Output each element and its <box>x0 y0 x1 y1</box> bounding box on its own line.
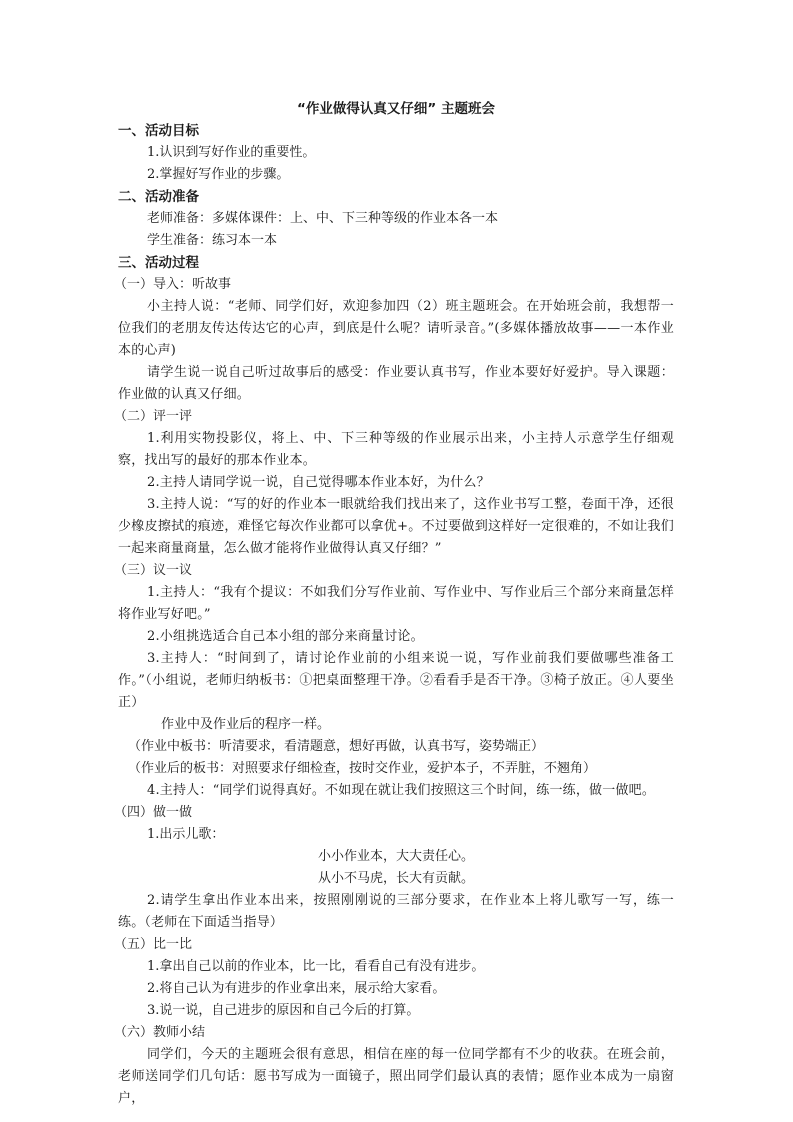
subsection-heading: （六）教师小结 <box>114 1022 674 1044</box>
list-item: 4.主持人：“同学们说得真好。不如现在就让我们按照这三个时间，练一练，做一做吧。 <box>118 780 674 802</box>
section-heading-process: 三、活动过程 <box>118 252 674 274</box>
list-item: 2.主持人请同学说一说，自己觉得哪本作业本好，为什么？ <box>118 472 674 494</box>
list-item: 3.主持人：“时间到了，请讨论作业前的小组来说一说，写作业前我们要做哪些准备工作… <box>118 648 674 714</box>
list-item: 2.将自己认为有进步的作业拿出来，展示给大家看。 <box>118 978 674 1000</box>
list-item: 2.请学生拿出作业本出来，按照刚刚说的三部分要求，在作业本上将儿歌写一写，练一练… <box>118 890 674 934</box>
student-preparation: 学生准备：练习本一本 <box>118 230 674 252</box>
list-item: 1.主持人：“我有个提议：不如我们分写作业前、写作业中、写作业后三个部分来商量怎… <box>118 582 674 626</box>
teacher-preparation: 老师准备：多媒体课件：上、中、下三种等级的作业本各一本 <box>118 208 674 230</box>
poem-line: 从小不马虎，长大有贡献。 <box>118 868 674 890</box>
list-item: 1.利用实物投影仪，将上、中、下三种等级的作业展示出来，小主持人示意学生仔细观察… <box>118 428 674 472</box>
page-title: “作业做得认真又仔细” 主题班会 <box>118 98 674 120</box>
section-heading-preparation: 二、活动准备 <box>118 186 674 208</box>
list-item: 2.小组挑选适合自己本小组的部分来商量讨论。 <box>118 626 674 648</box>
subsection-heading: （二）评一评 <box>114 406 674 428</box>
subsection-heading: （四）做一做 <box>114 802 674 824</box>
section-heading-goals: 一、活动目标 <box>118 120 674 142</box>
subsection-heading: （五）比一比 <box>114 934 674 956</box>
list-item: 1.出示儿歌： <box>118 824 674 846</box>
board-note: （作业中板书：听清要求，看清题意，想好再做，认真书写，姿势端正） <box>118 736 674 758</box>
paragraph: 请学生说一说自己听过故事后的感受：作业要认真书写，作业本要好好爱护。导入课题：作… <box>118 362 674 406</box>
paragraph: 小主持人说：“老师、同学们好，欢迎参加四（2）班主题班会。在开始班会前，我想帮一… <box>118 296 674 362</box>
subsection-heading: （一）导入：听故事 <box>114 274 674 296</box>
goal-item: 1.认识到写好作业的重要性。 <box>118 142 674 164</box>
subsection-heading: （三）议一议 <box>114 560 674 582</box>
list-item: 1.拿出自己以前的作业本，比一比，看看自己有没有进步。 <box>118 956 674 978</box>
document-page: “作业做得认真又仔细” 主题班会 一、活动目标 1.认识到写好作业的重要性。 2… <box>118 98 674 1110</box>
note-line: 作业中及作业后的程序一样。 <box>118 714 674 736</box>
list-item: 3.说一说，自己进步的原因和自己今后的打算。 <box>118 1000 674 1022</box>
paragraph: 同学们，今天的主题班会很有意思，相信在座的每一位同学都有不少的收获。在班会前，老… <box>118 1044 674 1110</box>
board-note: （作业后的板书：对照要求仔细检查，按时交作业，爱护本子，不弄脏，不翘角） <box>118 758 674 780</box>
list-item: 3.主持人说：“写的好的作业本一眼就给我们找出来了，这作业书写工整，卷面干净，还… <box>118 494 674 560</box>
poem-line: 小小作业本，大大责任心。 <box>118 846 674 868</box>
goal-item: 2.掌握好写作业的步骤。 <box>118 164 674 186</box>
